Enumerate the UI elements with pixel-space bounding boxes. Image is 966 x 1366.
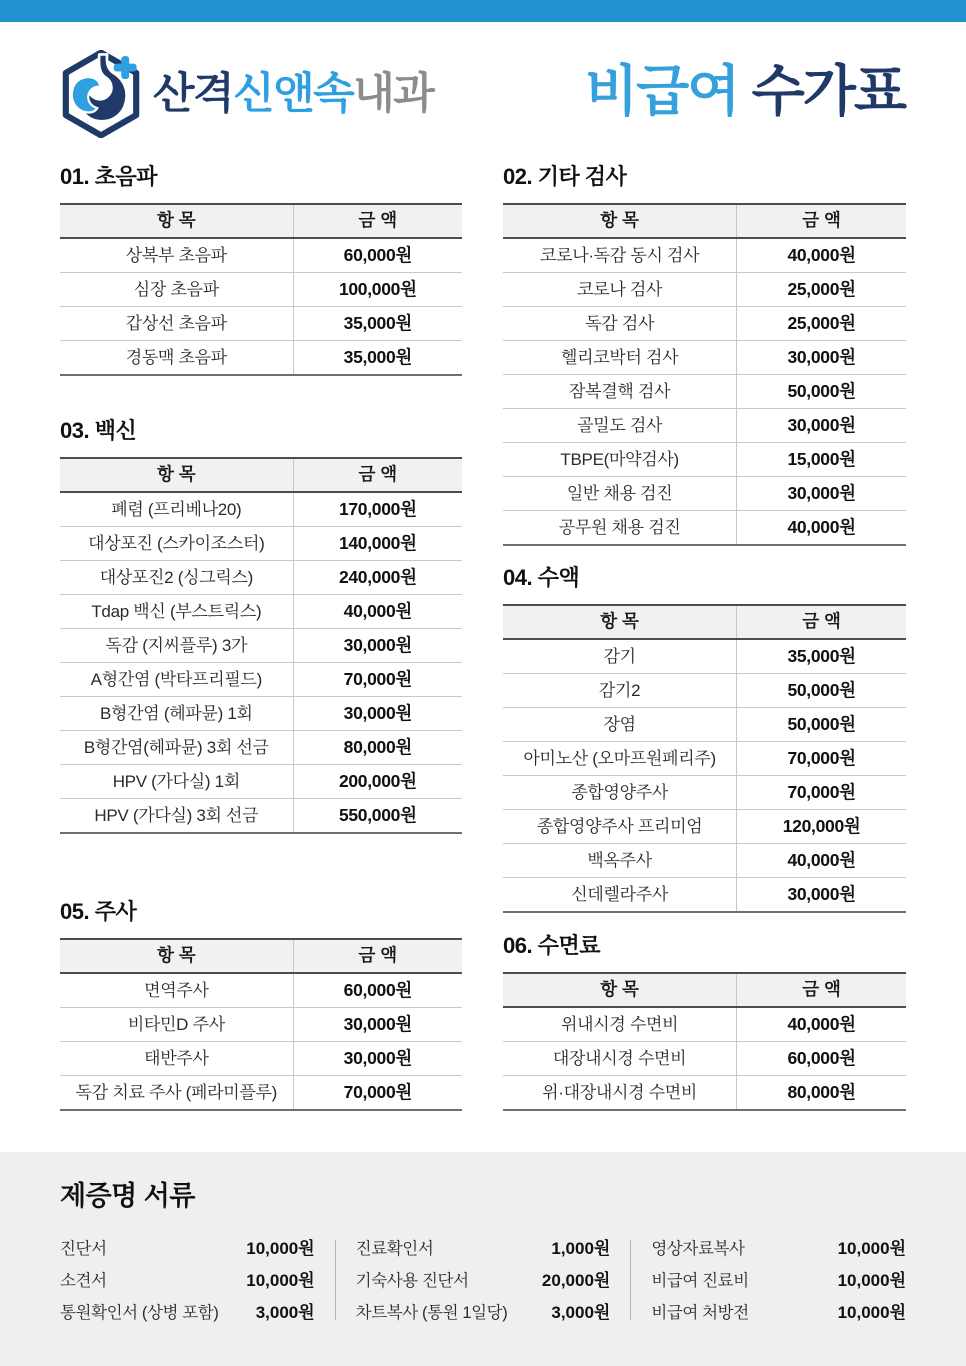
certificates-group-1: 진단서10,000원소견서10,000원통원확인서 (상병 포함)3,000원 [60,1238,315,1334]
item-cell: 감기2 [503,674,737,708]
table-row: 면역주사60,000원 [60,973,462,1008]
item-cell: 잠복결핵 검사 [503,375,737,409]
table-row: 폐렴 (프리베나20)170,000원 [60,492,462,527]
table-row: 백옥주사40,000원 [503,844,906,878]
item-cell: 면역주사 [60,973,293,1008]
item-cell: 상복부 초음파 [60,238,293,273]
price-cell: 30,000원 [293,1008,462,1042]
table-row: 상복부 초음파60,000원 [60,238,462,273]
item-cell: 위내시경 수면비 [503,1007,737,1042]
item-cell: 일반 채용 검진 [503,477,737,511]
certificate-price: 10,000원 [246,1238,314,1260]
item-cell: 경동맥 초음파 [60,341,293,376]
certificate-row: 비급여 처방전10,000원 [651,1302,906,1324]
price-cell: 25,000원 [737,273,906,307]
table-header-row: 항 목금 액 [503,605,906,639]
table-row: 태반주사30,000원 [60,1042,462,1076]
table-header-row: 항 목금 액 [60,939,462,973]
price-cell: 50,000원 [737,375,906,409]
table-row: 독감 (지씨플루) 3가30,000원 [60,629,462,663]
price-cell: 50,000원 [737,674,906,708]
item-cell: HPV (가다실) 3회 선금 [60,799,293,834]
price-cell: 140,000원 [293,527,462,561]
item-cell: 대상포진 (스카이조스터) [60,527,293,561]
price-sheet-page: 산격신앤속내과 비급여 수가표 01. 초음파항 목금 액상복부 초음파60,0… [0,0,966,1366]
item-cell: 종합영양주사 프리미엄 [503,810,737,844]
section-04: 04. 수액항 목금 액감기35,000원감기250,000원장염50,000원… [503,565,906,913]
table-row: 독감 치료 주사 (페라미플루)70,000원 [60,1076,462,1111]
price-column-header: 금 액 [293,204,462,238]
section-title-04: 04. 수액 [503,565,906,591]
certificate-name: 비급여 처방전 [651,1302,748,1324]
section-title-06: 06. 수면료 [503,933,906,959]
table-row: 골밀도 검사30,000원 [503,409,906,443]
table-header-row: 항 목금 액 [60,204,462,238]
table-row: 일반 채용 검진30,000원 [503,477,906,511]
page-title-part1: 비급여 [585,60,738,122]
price-cell: 170,000원 [293,492,462,527]
section-title-01: 01. 초음파 [60,164,462,190]
stomach-kidney-hexagon-icon [57,50,145,138]
price-cell: 100,000원 [293,273,462,307]
table-row: 헬리코박터 검사30,000원 [503,341,906,375]
price-cell: 40,000원 [737,1007,906,1042]
price-cell: 80,000원 [293,731,462,765]
item-cell: 코로나·독감 동시 검사 [503,238,737,273]
certificate-name: 소견서 [60,1270,107,1292]
table-row: B형간염 (헤파뮨) 1회30,000원 [60,697,462,731]
price-cell: 70,000원 [293,663,462,697]
item-cell: 아미노산 (오마프원페리주) [503,742,737,776]
section-02: 02. 기타 검사항 목금 액코로나·독감 동시 검사40,000원코로나 검사… [503,164,906,546]
item-cell: 종합영양주사 [503,776,737,810]
table-row: HPV (가다실) 3회 선금550,000원 [60,799,462,834]
price-cell: 30,000원 [293,697,462,731]
item-column-header: 항 목 [503,605,737,639]
item-column-header: 항 목 [503,204,737,238]
item-cell: Tdap 백신 (부스트릭스) [60,595,293,629]
table-row: 대상포진 (스카이조스터)140,000원 [60,527,462,561]
item-column-header: 항 목 [503,973,737,1007]
page-title-part2: 수가표 [752,60,905,122]
certificate-name: 차트복사 (통원 1일당) [356,1302,508,1324]
price-cell: 40,000원 [737,238,906,273]
table-row: Tdap 백신 (부스트릭스)40,000원 [60,595,462,629]
item-cell: 감기 [503,639,737,674]
price-table-03: 항 목금 액폐렴 (프리베나20)170,000원대상포진 (스카이조스터)14… [60,457,462,834]
item-cell: 갑상선 초음파 [60,307,293,341]
price-cell: 50,000원 [737,708,906,742]
table-row: 대장내시경 수면비60,000원 [503,1042,906,1076]
price-cell: 25,000원 [737,307,906,341]
section-title-02: 02. 기타 검사 [503,164,906,190]
table-row: 위내시경 수면비40,000원 [503,1007,906,1042]
item-cell: 태반주사 [60,1042,293,1076]
certificate-name: 진단서 [60,1238,107,1260]
price-cell: 80,000원 [737,1076,906,1111]
section-03: 03. 백신항 목금 액폐렴 (프리베나20)170,000원대상포진 (스카이… [60,418,462,834]
table-row: 코로나·독감 동시 검사40,000원 [503,238,906,273]
section-title-05: 05. 주사 [60,899,462,925]
section-05: 05. 주사항 목금 액면역주사60,000원비타민D 주사30,000원태반주… [60,899,462,1111]
price-table-02: 항 목금 액코로나·독감 동시 검사40,000원코로나 검사25,000원독감… [503,203,906,546]
price-cell: 40,000원 [293,595,462,629]
certificate-name: 기숙사용 진단서 [356,1270,469,1292]
item-column-header: 항 목 [60,458,293,492]
item-cell: A형간염 (박타프리필드) [60,663,293,697]
table-row: 공무원 채용 검진40,000원 [503,511,906,546]
table-row: TBPE(마약검사)15,000원 [503,443,906,477]
price-cell: 70,000원 [293,1076,462,1111]
price-cell: 35,000원 [293,341,462,376]
price-cell: 240,000원 [293,561,462,595]
price-column-header: 금 액 [737,605,906,639]
price-table-05: 항 목금 액면역주사60,000원비타민D 주사30,000원태반주사30,00… [60,938,462,1111]
table-row: 종합영양주사 프리미엄120,000원 [503,810,906,844]
certificates-group-3: 영상자료복사10,000원비급여 진료비10,000원비급여 처방전10,000… [651,1238,906,1334]
item-cell: 심장 초음파 [60,273,293,307]
item-cell: 독감 검사 [503,307,737,341]
clinic-name-part3: 내과 [353,70,433,118]
price-cell: 35,000원 [737,639,906,674]
table-row: 아미노산 (오마프원페리주)70,000원 [503,742,906,776]
top-accent-bar [0,0,966,22]
price-cell: 120,000원 [737,810,906,844]
table-row: 신데렐라주사30,000원 [503,878,906,913]
table-row: 갑상선 초음파35,000원 [60,307,462,341]
certificates-title: 제증명 서류 [60,1180,906,1212]
price-cell: 200,000원 [293,765,462,799]
table-header-row: 항 목금 액 [503,204,906,238]
table-row: 감기250,000원 [503,674,906,708]
price-cell: 60,000원 [293,973,462,1008]
certificate-row: 비급여 진료비10,000원 [651,1270,906,1292]
item-cell: 폐렴 (프리베나20) [60,492,293,527]
item-cell: 비타민D 주사 [60,1008,293,1042]
clinic-name: 산격신앤속내과 [153,50,433,138]
price-cell: 40,000원 [737,844,906,878]
table-row: 경동맥 초음파35,000원 [60,341,462,376]
certificates-section: 제증명 서류 진단서10,000원소견서10,000원통원확인서 (상병 포함)… [0,1152,966,1366]
price-cell: 60,000원 [737,1042,906,1076]
certificate-name: 통원확인서 (상병 포함) [60,1302,218,1324]
certificate-price: 10,000원 [838,1270,906,1292]
certificate-name: 영상자료복사 [651,1238,744,1260]
certificate-price: 3,000원 [256,1302,315,1324]
price-cell: 40,000원 [737,511,906,546]
table-row: 대상포진2 (싱그릭스)240,000원 [60,561,462,595]
price-column-header: 금 액 [737,973,906,1007]
item-column-header: 항 목 [60,204,293,238]
table-header-row: 항 목금 액 [60,458,462,492]
price-cell: 15,000원 [737,443,906,477]
item-cell: 골밀도 검사 [503,409,737,443]
certificate-row: 영상자료복사10,000원 [651,1238,906,1260]
item-cell: TBPE(마약검사) [503,443,737,477]
table-row: 잠복결핵 검사50,000원 [503,375,906,409]
price-cell: 30,000원 [737,409,906,443]
certificate-row: 통원확인서 (상병 포함)3,000원 [60,1302,315,1324]
table-row: 위·대장내시경 수면비80,000원 [503,1076,906,1111]
table-row: B형간염(헤파뮨) 3회 선금80,000원 [60,731,462,765]
certificate-price: 10,000원 [838,1302,906,1324]
price-cell: 70,000원 [737,742,906,776]
clinic-name-part1: 산격 [153,70,233,118]
table-row: 장염50,000원 [503,708,906,742]
price-cell: 30,000원 [737,341,906,375]
price-cell: 30,000원 [737,878,906,913]
item-cell: 위·대장내시경 수면비 [503,1076,737,1111]
certificates-columns: 진단서10,000원소견서10,000원통원확인서 (상병 포함)3,000원진… [60,1238,906,1334]
section-06: 06. 수면료항 목금 액위내시경 수면비40,000원대장내시경 수면비60,… [503,933,906,1111]
price-cell: 70,000원 [737,776,906,810]
item-cell: 독감 치료 주사 (페라미플루) [60,1076,293,1111]
table-row: HPV (가다실) 1회200,000원 [60,765,462,799]
section-title-03: 03. 백신 [60,418,462,444]
certificate-row: 차트복사 (통원 1일당)3,000원 [356,1302,611,1324]
table-row: 코로나 검사25,000원 [503,273,906,307]
item-cell: 백옥주사 [503,844,737,878]
price-table-06: 항 목금 액위내시경 수면비40,000원대장내시경 수면비60,000원위·대… [503,972,906,1111]
certificates-group-2: 진료확인서1,000원기숙사용 진단서20,000원차트복사 (통원 1일당)3… [356,1238,611,1334]
item-cell: HPV (가다실) 1회 [60,765,293,799]
certificate-row: 기숙사용 진단서20,000원 [356,1270,611,1292]
certificates-divider [335,1240,336,1320]
item-cell: 대장내시경 수면비 [503,1042,737,1076]
price-cell: 60,000원 [293,238,462,273]
price-cell: 30,000원 [737,477,906,511]
certificate-price: 1,000원 [551,1238,610,1260]
certificate-row: 진료확인서1,000원 [356,1238,611,1260]
table-row: 감기35,000원 [503,639,906,674]
clinic-name-part2: 신앤속 [233,70,353,118]
price-cell: 30,000원 [293,1042,462,1076]
item-cell: B형간염 (헤파뮨) 1회 [60,697,293,731]
certificate-price: 10,000원 [246,1270,314,1292]
item-cell: 장염 [503,708,737,742]
table-row: 비타민D 주사30,000원 [60,1008,462,1042]
certificates-divider [630,1240,631,1320]
price-column-header: 금 액 [737,204,906,238]
price-cell: 30,000원 [293,629,462,663]
price-column-header: 금 액 [293,939,462,973]
table-header-row: 항 목금 액 [503,973,906,1007]
certificate-name: 진료확인서 [356,1238,434,1260]
item-cell: 공무원 채용 검진 [503,511,737,546]
item-cell: 대상포진2 (싱그릭스) [60,561,293,595]
item-cell: 신데렐라주사 [503,878,737,913]
clinic-logo: 산격신앤속내과 [57,50,433,138]
price-column-header: 금 액 [293,458,462,492]
table-row: 종합영양주사70,000원 [503,776,906,810]
price-cell: 550,000원 [293,799,462,834]
certificate-price: 3,000원 [551,1302,610,1324]
item-cell: 코로나 검사 [503,273,737,307]
table-row: 심장 초음파100,000원 [60,273,462,307]
price-table-04: 항 목금 액감기35,000원감기250,000원장염50,000원아미노산 (… [503,604,906,913]
item-cell: B형간염(헤파뮨) 3회 선금 [60,731,293,765]
section-01: 01. 초음파항 목금 액상복부 초음파60,000원심장 초음파100,000… [60,164,462,376]
price-table-01: 항 목금 액상복부 초음파60,000원심장 초음파100,000원갑상선 초음… [60,203,462,376]
table-row: A형간염 (박타프리필드)70,000원 [60,663,462,697]
item-cell: 헬리코박터 검사 [503,341,737,375]
certificate-row: 진단서10,000원 [60,1238,315,1260]
price-cell: 35,000원 [293,307,462,341]
certificate-name: 비급여 진료비 [651,1270,748,1292]
item-column-header: 항 목 [60,939,293,973]
page-title: 비급여 수가표 [585,56,905,126]
certificate-price: 20,000원 [542,1270,610,1292]
item-cell: 독감 (지씨플루) 3가 [60,629,293,663]
certificate-price: 10,000원 [838,1238,906,1260]
certificate-row: 소견서10,000원 [60,1270,315,1292]
table-row: 독감 검사25,000원 [503,307,906,341]
